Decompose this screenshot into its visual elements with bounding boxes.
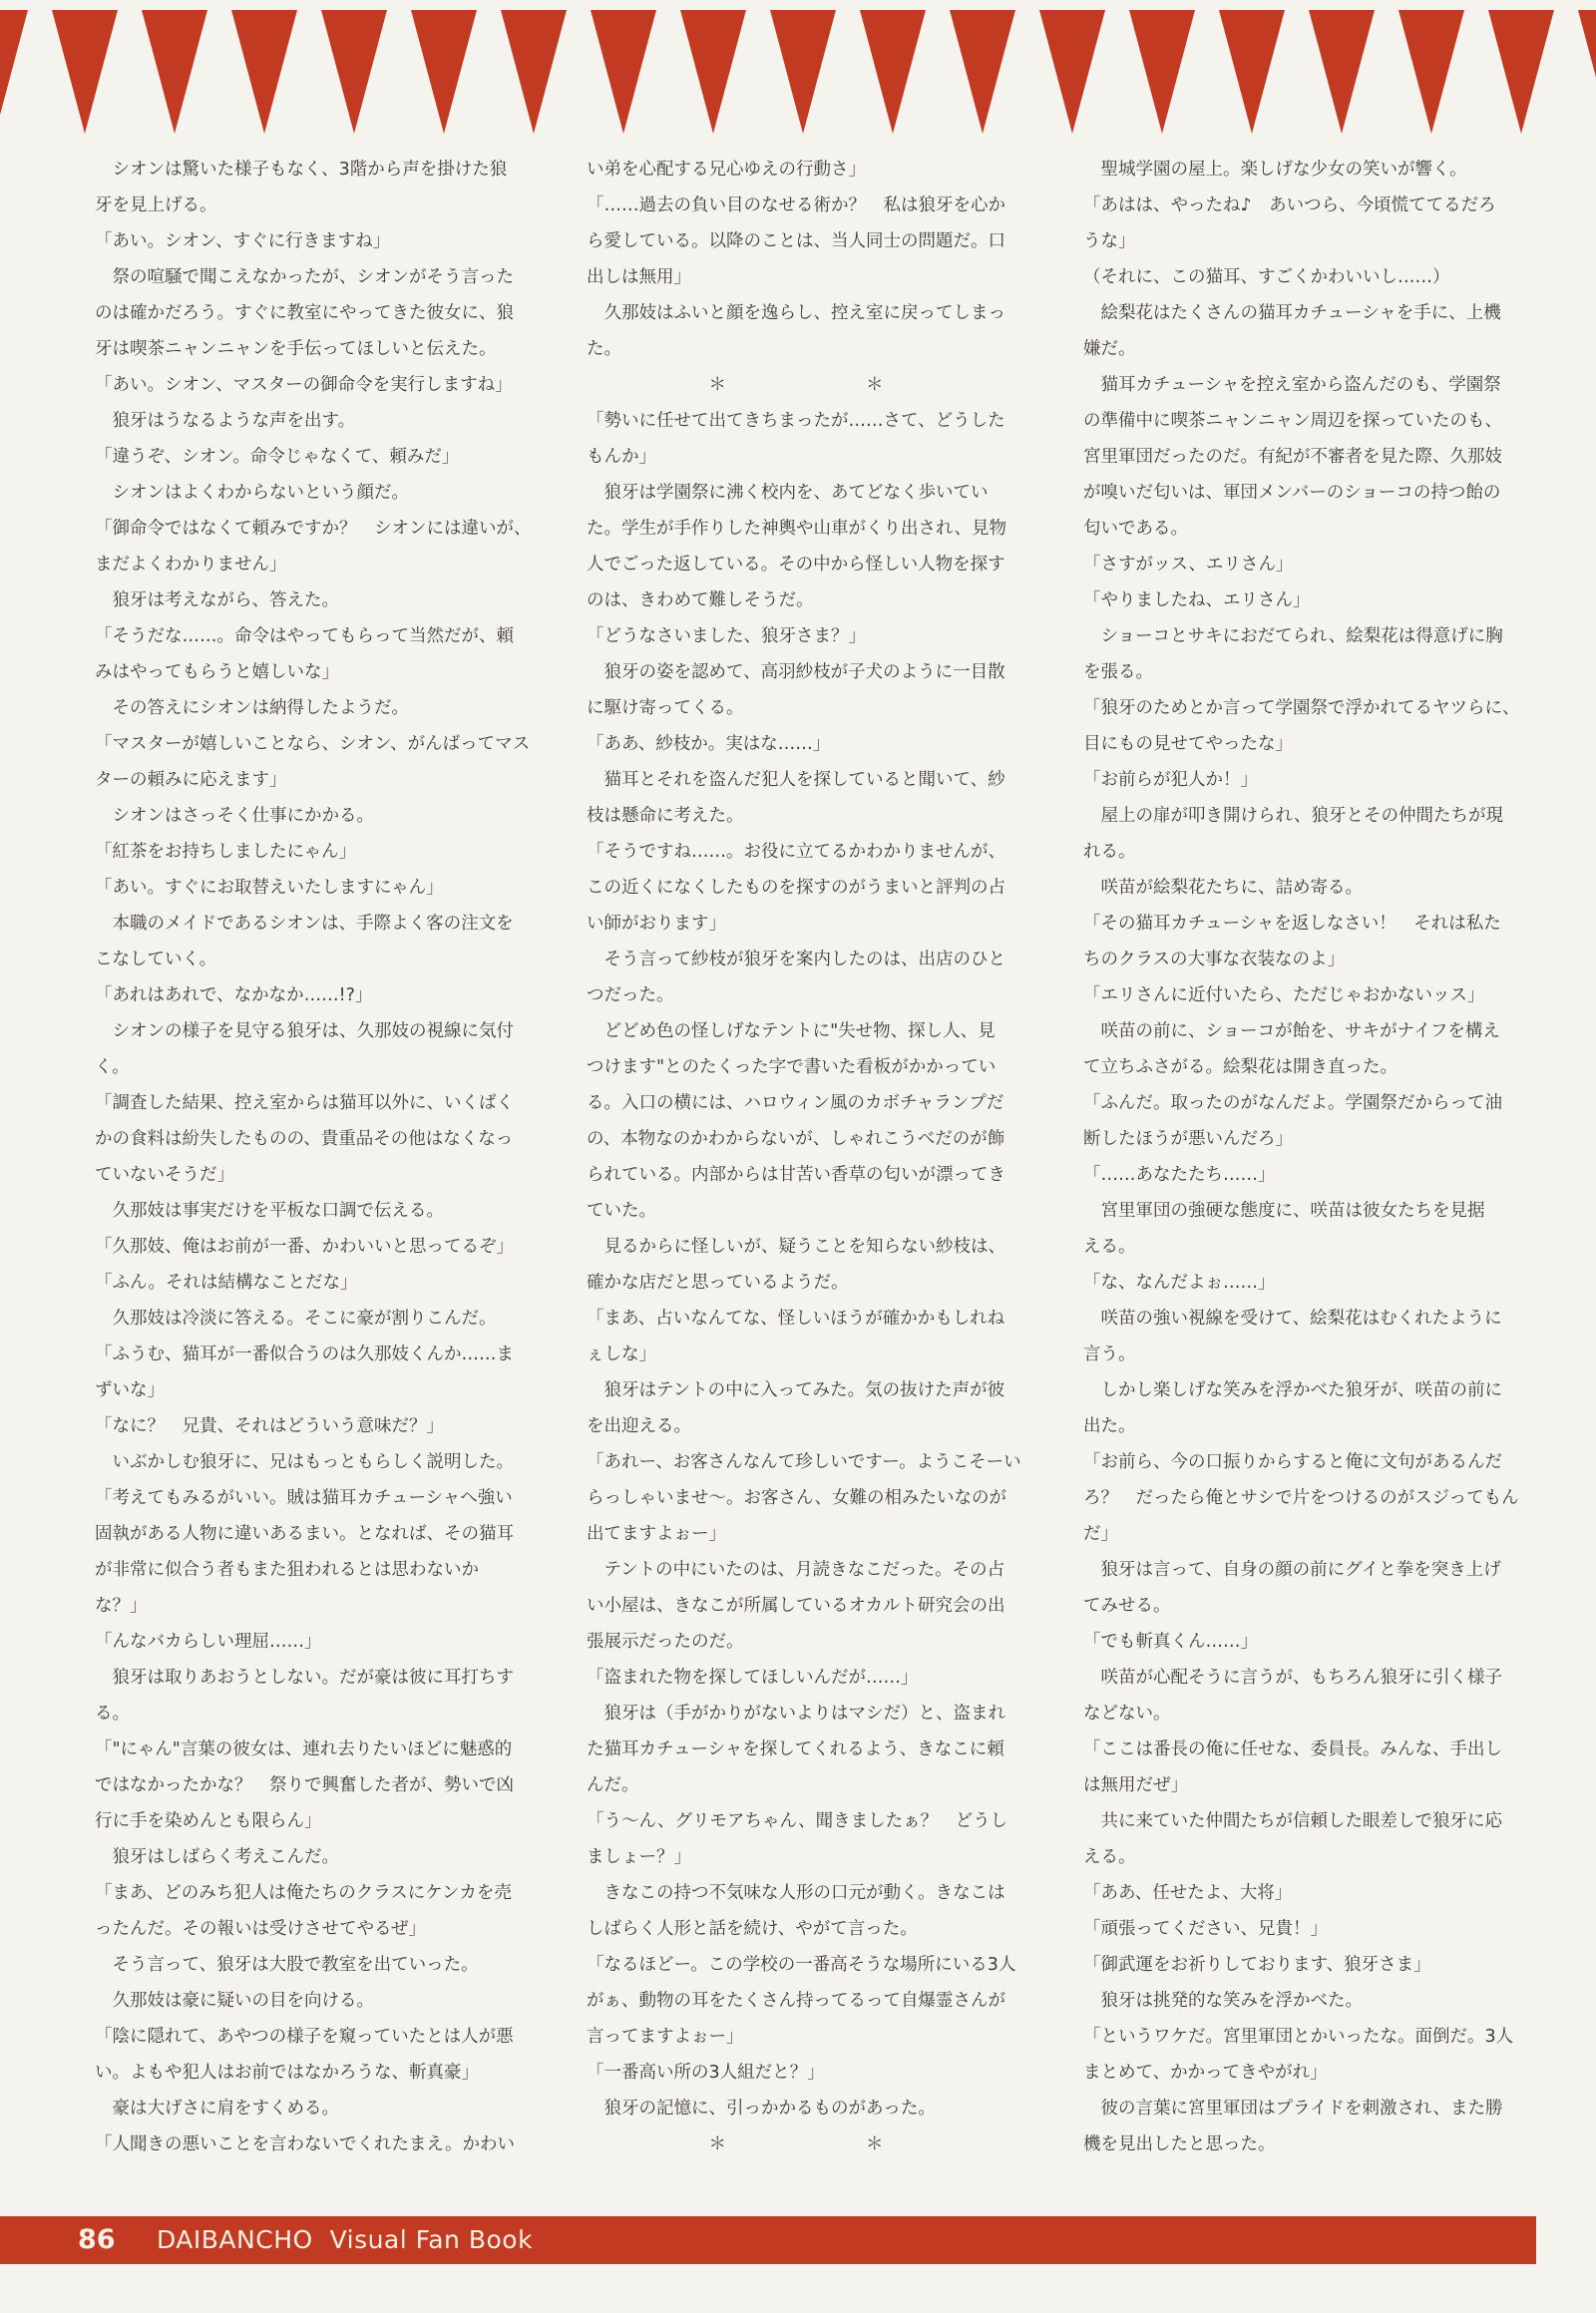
text-line: 「そうですね……。お役に立てるかわかりませんが、 — [587, 834, 1030, 870]
text-line: ましょー？」 — [587, 1839, 1030, 1875]
text-line: 狼牙は挑発的な笑みを浮かべた。 — [1083, 1983, 1527, 2019]
text-line: 狼牙は言って、自身の顔の前にグイと拳を突き上げ — [1083, 1552, 1527, 1588]
text-line: 「考えてもみるがいい。賊は猫耳カチューシャへ強い — [95, 1480, 539, 1516]
text-line: 「御命令ではなくて頼みですか？ シオンには違いが、 — [95, 511, 539, 547]
text-line: 「ここは番長の俺に任せな、委員長。みんな、手出し — [1083, 1732, 1527, 1767]
pennant-banner — [0, 10, 1596, 134]
text-line: 「盗まれた物を探してほしいんだが……」 — [587, 1660, 1030, 1696]
text-line: て立ちふさがる。絵梨花は開き直った。 — [1083, 1049, 1527, 1085]
text-line: てみせる。 — [1083, 1588, 1527, 1624]
text-line: ら愛している。以降のことは、当人同士の問題だ。口 — [587, 223, 1030, 259]
text-column-1: シオンは驚いた様子もなく、3階から声を掛けた狼牙を見上げる。「あい。シオン、すぐ… — [95, 152, 539, 2162]
pennant-icon — [950, 10, 1015, 134]
text-line: 「エリさんに近付いたら、ただじゃおかないッス」 — [1083, 977, 1527, 1013]
text-line: ろ？ だったら俺とサシで片をつけるのがスジってもん — [1083, 1480, 1527, 1516]
text-line: 「なるほどー。この学校の一番高そうな場所にいる3人 — [587, 1947, 1030, 1983]
text-line: こなしていく。 — [95, 942, 539, 977]
text-line: 「あい。シオン、すぐに行きますね」 — [95, 223, 539, 259]
text-line: 言う。 — [1083, 1337, 1527, 1372]
text-line: る。入口の横には、ハロウィン風のカボチャランプだ — [587, 1085, 1030, 1121]
text-line: 咲苗が心配そうに言うが、もちろん狼牙に引く様子 — [1083, 1660, 1527, 1696]
text-line: んだ。 — [587, 1767, 1030, 1803]
text-line: 「やりましたね、エリさん」 — [1083, 582, 1527, 618]
text-line: た。 — [587, 331, 1030, 367]
text-line: 狼牙はうなるような声を出す。 — [95, 403, 539, 439]
text-line: 猫耳カチューシャを控え室から盗んだのも、学園祭 — [1083, 367, 1527, 403]
text-line: ＊ ＊ — [587, 367, 1030, 403]
page-number: 86 — [78, 2216, 116, 2264]
text-line: テントの中にいたのは、月読きなこだった。その占 — [587, 1552, 1030, 1588]
text-line: 「……過去の負い目のなせる術か？ 私は狼牙を心か — [587, 188, 1030, 223]
text-line: しかし楽しげな笑みを浮かべた狼牙が、咲苗の前に — [1083, 1372, 1527, 1408]
text-line: ショーコとサキにおだてられ、絵梨花は得意げに胸 — [1083, 618, 1527, 654]
text-line: 咲苗の強い視線を受けて、絵梨花はむくれたように — [1083, 1301, 1527, 1337]
text-line: 「でも斬真くん……」 — [1083, 1624, 1527, 1660]
text-line: る。 — [95, 1696, 539, 1732]
pennant-icon — [411, 10, 477, 134]
text-line: 久那妓は豪に疑いの目を向ける。 — [95, 1983, 539, 2019]
pennant-icon — [231, 10, 297, 134]
pennant-icon — [0, 10, 28, 134]
text-line: 久那妓はふいと顔を逸らし、控え室に戻ってしまっ — [587, 295, 1030, 331]
text-line: 久那妓は事実だけを平板な口調で伝える。 — [95, 1193, 539, 1229]
text-line: 「まあ、占いなんてな、怪しいほうが確かかもしれね — [587, 1301, 1030, 1337]
text-line: 咲苗が絵梨花たちに、詰め寄る。 — [1083, 870, 1527, 906]
text-line: 「あれー、お客さんなんて珍しいですー。ようこそーい — [587, 1444, 1030, 1480]
text-line: の準備中に喫茶ニャンニャン周辺を探っていたのも、 — [1083, 403, 1527, 439]
text-line: 見るからに怪しいが、疑うことを知らない紗枝は、 — [587, 1229, 1030, 1265]
text-line: シオンはさっそく仕事にかかる。 — [95, 798, 539, 834]
pennant-icon — [501, 10, 567, 134]
text-line: 「調査した結果、控え室からは猫耳以外に、いくばく — [95, 1085, 539, 1121]
footer-bar: 86 DAIBANCHO Visual Fan Book — [0, 2216, 1536, 2264]
pennant-icon — [1039, 10, 1105, 134]
text-line: シオンは驚いた様子もなく、3階から声を掛けた狼 — [95, 152, 539, 188]
text-line: 「そうだな……。命令はやってもらって当然だが、頼 — [95, 618, 539, 654]
text-line: な？」 — [95, 1588, 539, 1624]
text-line: が非常に似合う者もまた狙われるとは思わないか — [95, 1552, 539, 1588]
text-line: 「陰に隠れて、あやつの様子を窺っていたとは人が悪 — [95, 2019, 539, 2055]
text-line: 狼牙は学園祭に沸く校内を、あてどなく歩いてい — [587, 475, 1030, 511]
text-line: もんか」 — [587, 439, 1030, 475]
text-line: 「ふんだ。取ったのがなんだよ。学園祭だからって油 — [1083, 1085, 1527, 1121]
text-line: を出迎える。 — [587, 1408, 1030, 1444]
pennant-icon — [142, 10, 207, 134]
text-line: しばらく人形と話を続け、やがて言った。 — [587, 1911, 1030, 1947]
text-line: つけます"とのたくった字で書いた看板がかかってい — [587, 1049, 1030, 1085]
text-line: 「狼牙のためとか言って学園祭で浮かれてるヤツらに、 — [1083, 690, 1527, 726]
text-line: 出た。 — [1083, 1408, 1527, 1444]
text-line: 「あい。すぐにお取替えいたしますにゃん」 — [95, 870, 539, 906]
text-line: 「ああ、紗枝か。実はな……」 — [587, 726, 1030, 762]
text-line: ＊ ＊ — [587, 2126, 1030, 2162]
pennant-icon — [1219, 10, 1285, 134]
text-line: 「なに？ 兄貴、それはどういう意味だ？」 — [95, 1408, 539, 1444]
text-line: 「お前らが犯人か！」 — [1083, 762, 1527, 798]
text-line: ぇしな」 — [587, 1337, 1030, 1372]
text-line: 「な、なんだよぉ……」 — [1083, 1265, 1527, 1301]
text-line: が嗅いだ匂いは、軍団メンバーのショーコの持つ飴の — [1083, 475, 1527, 511]
text-line: 咲苗の前に、ショーコが飴を、サキがナイフを構え — [1083, 1013, 1527, 1049]
pennant-icon — [1398, 10, 1464, 134]
text-line: ではなかったかな？ 祭りで興奮した者が、勢いで凶 — [95, 1767, 539, 1803]
text-line: ターの頼みに応えます」 — [95, 762, 539, 798]
text-line: 「どうなさいました、狼牙さま？」 — [587, 618, 1030, 654]
text-line: ずいな」 — [95, 1372, 539, 1408]
text-line: 「あい。シオン、マスターの御命令を実行しますね」 — [95, 367, 539, 403]
text-line: 絵梨花はたくさんの猫耳カチューシャを手に、上機 — [1083, 295, 1527, 331]
text-line: 豪は大げさに肩をすくめる。 — [95, 2091, 539, 2126]
text-line: 狼牙は取りあおうとしない。だが豪は彼に耳打ちす — [95, 1660, 539, 1696]
text-line: 機を見出したと思った。 — [1083, 2126, 1527, 2162]
text-line: 「……あなたたち……」 — [1083, 1157, 1527, 1193]
text-line: く。 — [95, 1049, 539, 1085]
text-line: 祭の喧騒で聞こえなかったが、シオンがそう言った — [95, 259, 539, 295]
text-line: どどめ色の怪しげなテントに"失せ物、探し人、見 — [587, 1013, 1030, 1049]
text-line: 狼牙はテントの中に入ってみた。気の抜けた声が彼 — [587, 1372, 1030, 1408]
text-line: きなこの持つ不気味な人形の口元が動く。きなこは — [587, 1875, 1030, 1911]
text-line: れる。 — [1083, 834, 1527, 870]
text-line: 「久那妓、俺はお前が一番、かわいいと思ってるぞ」 — [95, 1229, 539, 1265]
text-line: ていた。 — [587, 1193, 1030, 1229]
text-line: 牙を見上げる。 — [95, 188, 539, 223]
text-line: この近くになくしたものを探すのがうまいと評判の占 — [587, 870, 1030, 906]
text-line: 「う〜ん、グリモアちゃん、聞きましたぁ？ どうし — [587, 1803, 1030, 1839]
text-line: 「さすがッス、エリさん」 — [1083, 547, 1527, 582]
text-line: 匂いである。 — [1083, 511, 1527, 547]
text-line: 「"にゃん"言葉の彼女は、連れ去りたいほどに魅惑的 — [95, 1732, 539, 1767]
text-line: 枝は懸命に考えた。 — [587, 798, 1030, 834]
text-column-3: 聖城学園の屋上。楽しげな少女の笑いが響く。「あはは、やったね♪ あいつら、今頃慌… — [1083, 152, 1527, 2162]
pennant-icon — [680, 10, 746, 134]
text-line: かの食料は紛失したものの、貴重品その他はなくなっ — [95, 1121, 539, 1157]
text-line: られている。内部からは甘苦い香草の匂いが漂ってき — [587, 1157, 1030, 1193]
text-line: つだった。 — [587, 977, 1030, 1013]
text-line: などない。 — [1083, 1696, 1527, 1732]
text-line: ちのクラスの大事な衣装なのよ」 — [1083, 942, 1527, 977]
pennant-icon — [321, 10, 387, 134]
text-line: 狼牙はしばらく考えこんだ。 — [95, 1839, 539, 1875]
text-line: 断したほうが悪いんだろ」 — [1083, 1121, 1527, 1157]
text-line: い小屋は、きなこが所属しているオカルト研究会の出 — [587, 1588, 1030, 1624]
text-line: だ」 — [1083, 1516, 1527, 1552]
text-line: 張展示だったのだ。 — [587, 1624, 1030, 1660]
text-column-2: い弟を心配する兄心ゆえの行動さ」「……過去の負い目のなせる術か？ 私は狼牙を心か… — [587, 152, 1030, 2162]
text-line: 「というワケだ。宮里軍団とかいったな。面倒だ。3人 — [1083, 2019, 1527, 2055]
text-line: まだよくわかりません」 — [95, 547, 539, 582]
text-line: い弟を心配する兄心ゆえの行動さ」 — [587, 152, 1030, 188]
text-line: うな」 — [1083, 223, 1527, 259]
text-line: 嫌だ。 — [1083, 331, 1527, 367]
text-line: 目にもの見せてやったな」 — [1083, 726, 1527, 762]
text-line: 狼牙の姿を認めて、高羽紗枝が子犬のように一目散 — [587, 654, 1030, 690]
text-line: その答えにシオンは納得したようだ。 — [95, 690, 539, 726]
text-line: 狼牙は考えながら、答えた。 — [95, 582, 539, 618]
text-line: に駆け寄ってくる。 — [587, 690, 1030, 726]
pennant-icon — [591, 10, 656, 134]
text-line: 「その猫耳カチューシャを返しなさい！ それは私た — [1083, 906, 1527, 942]
pennant-icon — [1129, 10, 1195, 134]
text-line: える。 — [1083, 1839, 1527, 1875]
text-line: 久那妓は冷淡に答える。そこに豪が割りこんだ。 — [95, 1301, 539, 1337]
text-line: らっしゃいませ〜。お客さん、女難の相みたいなのが — [587, 1480, 1030, 1516]
text-line: 「ああ、任せたよ、大将」 — [1083, 1875, 1527, 1911]
text-line: まとめて、かかってきやがれ」 — [1083, 2055, 1527, 2091]
text-line: 「まあ、どのみち犯人は俺たちのクラスにケンカを売 — [95, 1875, 539, 1911]
text-line: 共に来ていた仲間たちが信頼した眼差しで狼牙に応 — [1083, 1803, 1527, 1839]
text-line: みはやってもらうと嬉しいな」 — [95, 654, 539, 690]
text-line: 「あれはあれで、なかなか……!?」 — [95, 977, 539, 1013]
pennant-icon — [1578, 10, 1596, 134]
text-line: 「御武運をお祈りしております、狼牙さま」 — [1083, 1947, 1527, 1983]
text-line: 宮里軍団の強硬な態度に、咲苗は彼女たちを見据 — [1083, 1193, 1527, 1229]
text-line: い師がおります」 — [587, 906, 1030, 942]
text-line: 固執がある人物に違いあるまい。となれば、その猫耳 — [95, 1516, 539, 1552]
text-line: 「違うぞ、シオン。命令じゃなくて、頼みだ」 — [95, 439, 539, 475]
text-line: える。 — [1083, 1229, 1527, 1265]
text-line: 出てますよぉー」 — [587, 1516, 1030, 1552]
text-line: 本職のメイドであるシオンは、手際よく客の注文を — [95, 906, 539, 942]
text-line: そう言って紗枝が狼牙を案内したのは、出店のひと — [587, 942, 1030, 977]
pennant-icon — [1488, 10, 1554, 134]
pennant-icon — [770, 10, 836, 134]
text-line: ったんだ。その報いは受けさせてやるぜ」 — [95, 1911, 539, 1947]
text-line: 狼牙は（手がかりがないよりはマシだ）と、盗まれ — [587, 1696, 1030, 1732]
text-line: 聖城学園の屋上。楽しげな少女の笑いが響く。 — [1083, 152, 1527, 188]
text-line: （それに、この猫耳、すごくかわいいし……） — [1083, 259, 1527, 295]
pennant-icon — [1309, 10, 1375, 134]
text-line: た猫耳カチューシャを探してくれるよう、きなこに頼 — [587, 1732, 1030, 1767]
text-line: 行に手を染めんとも限らん」 — [95, 1803, 539, 1839]
text-line: 牙は喫茶ニャンニャンを手伝ってほしいと伝えた。 — [95, 331, 539, 367]
text-line: のは確かだろう。すぐに教室にやってきた彼女に、狼 — [95, 295, 539, 331]
text-line: 言ってますよぉー」 — [587, 2019, 1030, 2055]
book-title: DAIBANCHO Visual Fan Book — [157, 2216, 533, 2264]
text-line: 「んなバカらしい理屈……」 — [95, 1624, 539, 1660]
text-line: 狼牙の記憶に、引っかかるものがあった。 — [587, 2091, 1030, 2126]
text-line: 宮里軍団だったのだ。有紀が不審者を見た際、久那妓 — [1083, 439, 1527, 475]
text-line: 確かな店だと思っているようだ。 — [587, 1265, 1030, 1301]
text-line: 「紅茶をお持ちしましたにゃん」 — [95, 834, 539, 870]
text-line: 人でごった返している。その中から怪しい人物を探す — [587, 547, 1030, 582]
text-line: た。学生が手作りした神輿や山車がくり出され、見物 — [587, 511, 1030, 547]
text-line: そう言って、狼牙は大股で教室を出ていった。 — [95, 1947, 539, 1983]
pennant-icon — [860, 10, 926, 134]
text-line: い。よもや犯人はお前ではなかろうな、斬真豪」 — [95, 2055, 539, 2091]
text-line: 彼の言葉に宮里軍団はプライドを刺激され、また勝 — [1083, 2091, 1527, 2126]
book-page: シオンは驚いた様子もなく、3階から声を掛けた狼牙を見上げる。「あい。シオン、すぐ… — [0, 0, 1596, 2313]
text-line: がぁ、動物の耳をたくさん持ってるって自爆霊さんが — [587, 1983, 1030, 2019]
text-line: 「勢いに任せて出てきちまったが……さて、どうした — [587, 403, 1030, 439]
text-line: シオンの様子を見守る狼牙は、久那妓の視線に気付 — [95, 1013, 539, 1049]
text-line: 出しは無用」 — [587, 259, 1030, 295]
pennant-icon — [52, 10, 118, 134]
text-line: ていないそうだ」 — [95, 1157, 539, 1193]
text-line: シオンはよくわからないという顔だ。 — [95, 475, 539, 511]
text-line: 「ふうむ、猫耳が一番似合うのは久那妓くんか……ま — [95, 1337, 539, 1372]
text-line: 「ふん。それは結構なことだな」 — [95, 1265, 539, 1301]
text-line: を張る。 — [1083, 654, 1527, 690]
text-line: 「一番高い所の3人組だと？」 — [587, 2055, 1030, 2091]
text-line: 「あはは、やったね♪ あいつら、今頃慌ててるだろ — [1083, 188, 1527, 223]
text-line: 「お前ら、今の口振りからすると俺に文句があるんだ — [1083, 1444, 1527, 1480]
text-line: 屋上の扉が叩き開けられ、狼牙とその仲間たちが現 — [1083, 798, 1527, 834]
text-line: 猫耳とそれを盗んだ犯人を探していると聞いて、紗 — [587, 762, 1030, 798]
text-line: は無用だぜ」 — [1083, 1767, 1527, 1803]
text-line: のは、きわめて難しそうだ。 — [587, 582, 1030, 618]
text-line: いぶかしむ狼牙に、兄はもっともらしく説明した。 — [95, 1444, 539, 1480]
text-line: の、本物なのかわからないが、しゃれこうべだのが飾 — [587, 1121, 1030, 1157]
text-line: 「マスターが嬉しいことなら、シオン、がんばってマス — [95, 726, 539, 762]
text-line: 「頑張ってください、兄貴！」 — [1083, 1911, 1527, 1947]
text-line: 「人聞きの悪いことを言わないでくれたまえ。かわい — [95, 2126, 539, 2162]
